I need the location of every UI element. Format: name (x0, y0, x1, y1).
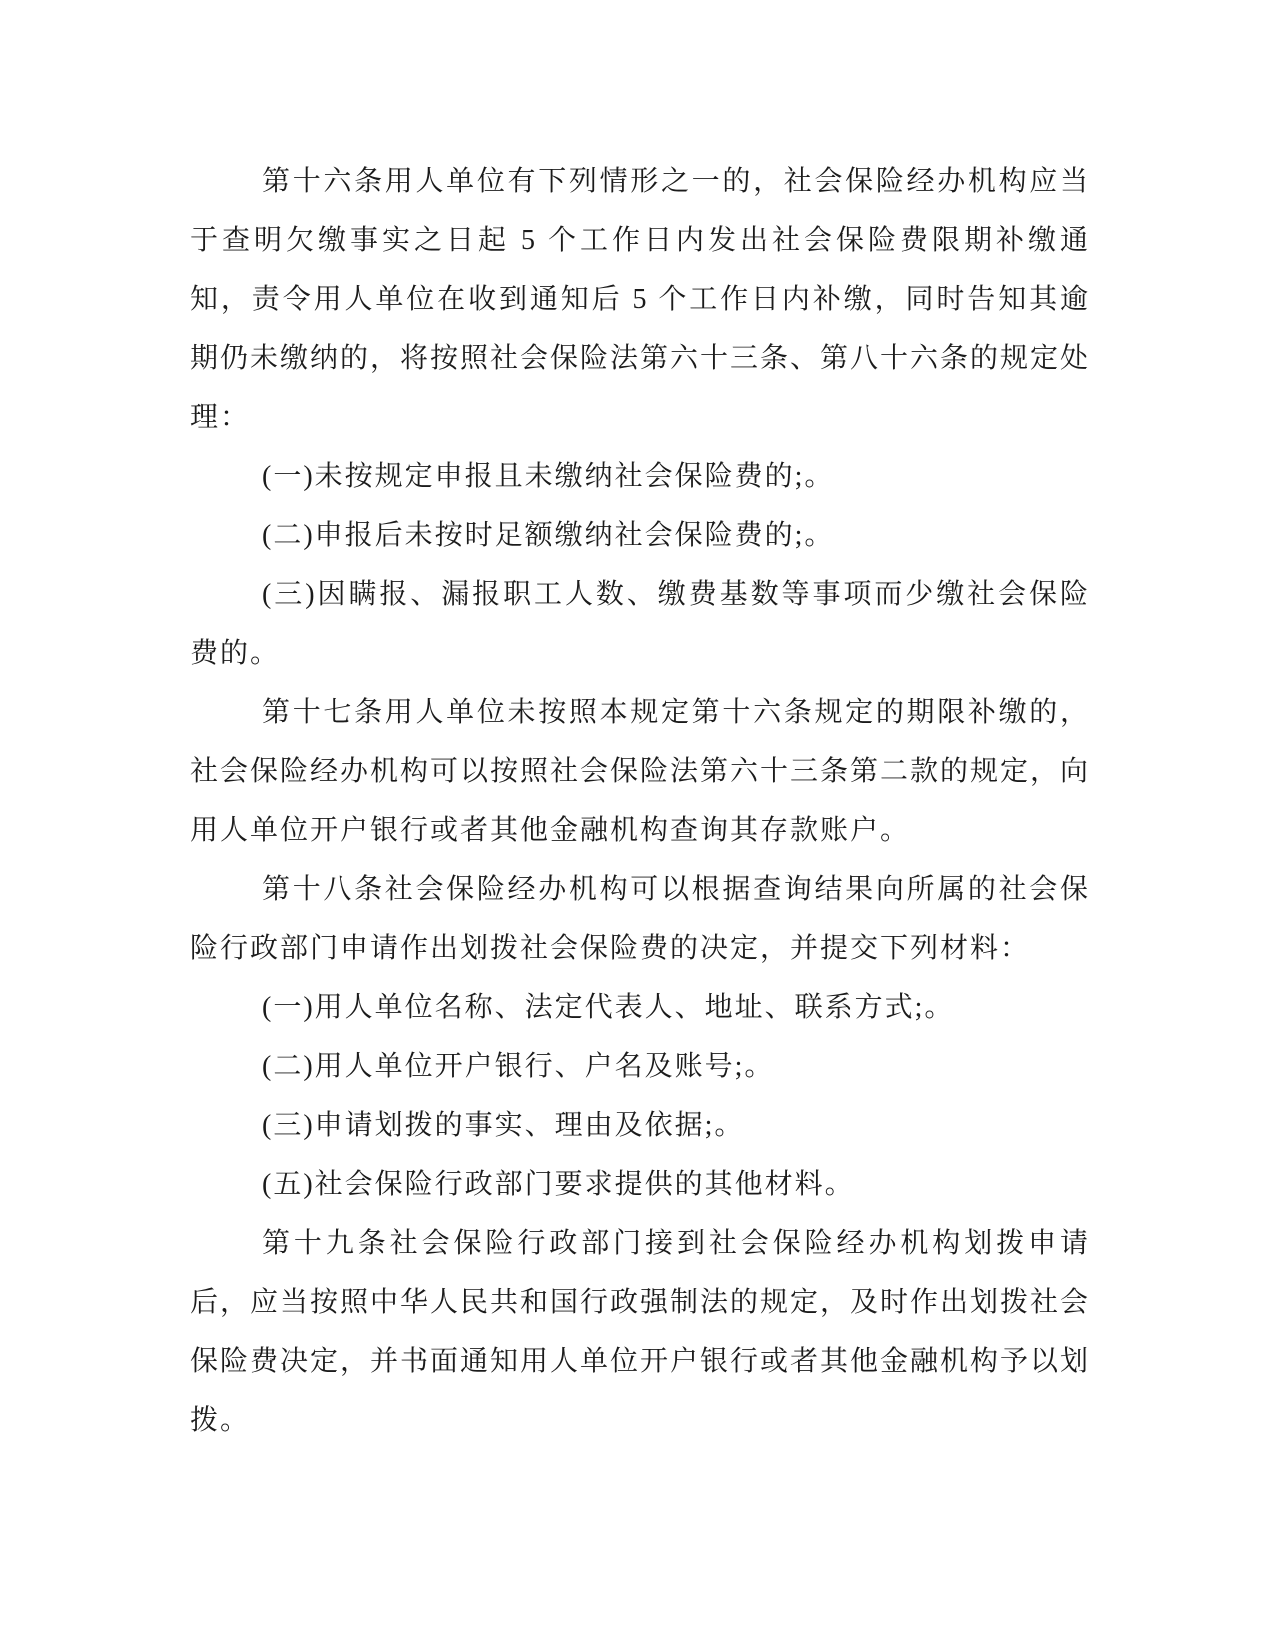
paragraph: (三)因瞒报、漏报职工人数、缴费基数等事项而少缴社会保险费的。 (190, 565, 1090, 683)
paragraph: 第十九条社会保险行政部门接到社会保险经办机构划拨申请后，应当按照中华人民共和国行… (190, 1214, 1090, 1450)
document-page: 第十六条用人单位有下列情形之一的，社会保险经办机构应当于查明欠缴事实之日起 5 … (0, 0, 1275, 1650)
paragraph: 第十六条用人单位有下列情形之一的，社会保险经办机构应当于查明欠缴事实之日起 5 … (190, 152, 1090, 447)
paragraph: (一)用人单位名称、法定代表人、地址、联系方式;。 (190, 978, 1090, 1037)
paragraph: (三)申请划拨的事实、理由及依据;。 (190, 1096, 1090, 1155)
document-body: 第十六条用人单位有下列情形之一的，社会保险经办机构应当于查明欠缴事实之日起 5 … (190, 152, 1090, 1450)
paragraph: 第十七条用人单位未按照本规定第十六条规定的期限补缴的，社会保险经办机构可以按照社… (190, 683, 1090, 860)
paragraph: 第十八条社会保险经办机构可以根据查询结果向所属的社会保险行政部门申请作出划拨社会… (190, 860, 1090, 978)
paragraph: (一)未按规定申报且未缴纳社会保险费的;。 (190, 447, 1090, 506)
paragraph: (五)社会保险行政部门要求提供的其他材料。 (190, 1155, 1090, 1214)
paragraph: (二)用人单位开户银行、户名及账号;。 (190, 1037, 1090, 1096)
paragraph: (二)申报后未按时足额缴纳社会保险费的;。 (190, 506, 1090, 565)
